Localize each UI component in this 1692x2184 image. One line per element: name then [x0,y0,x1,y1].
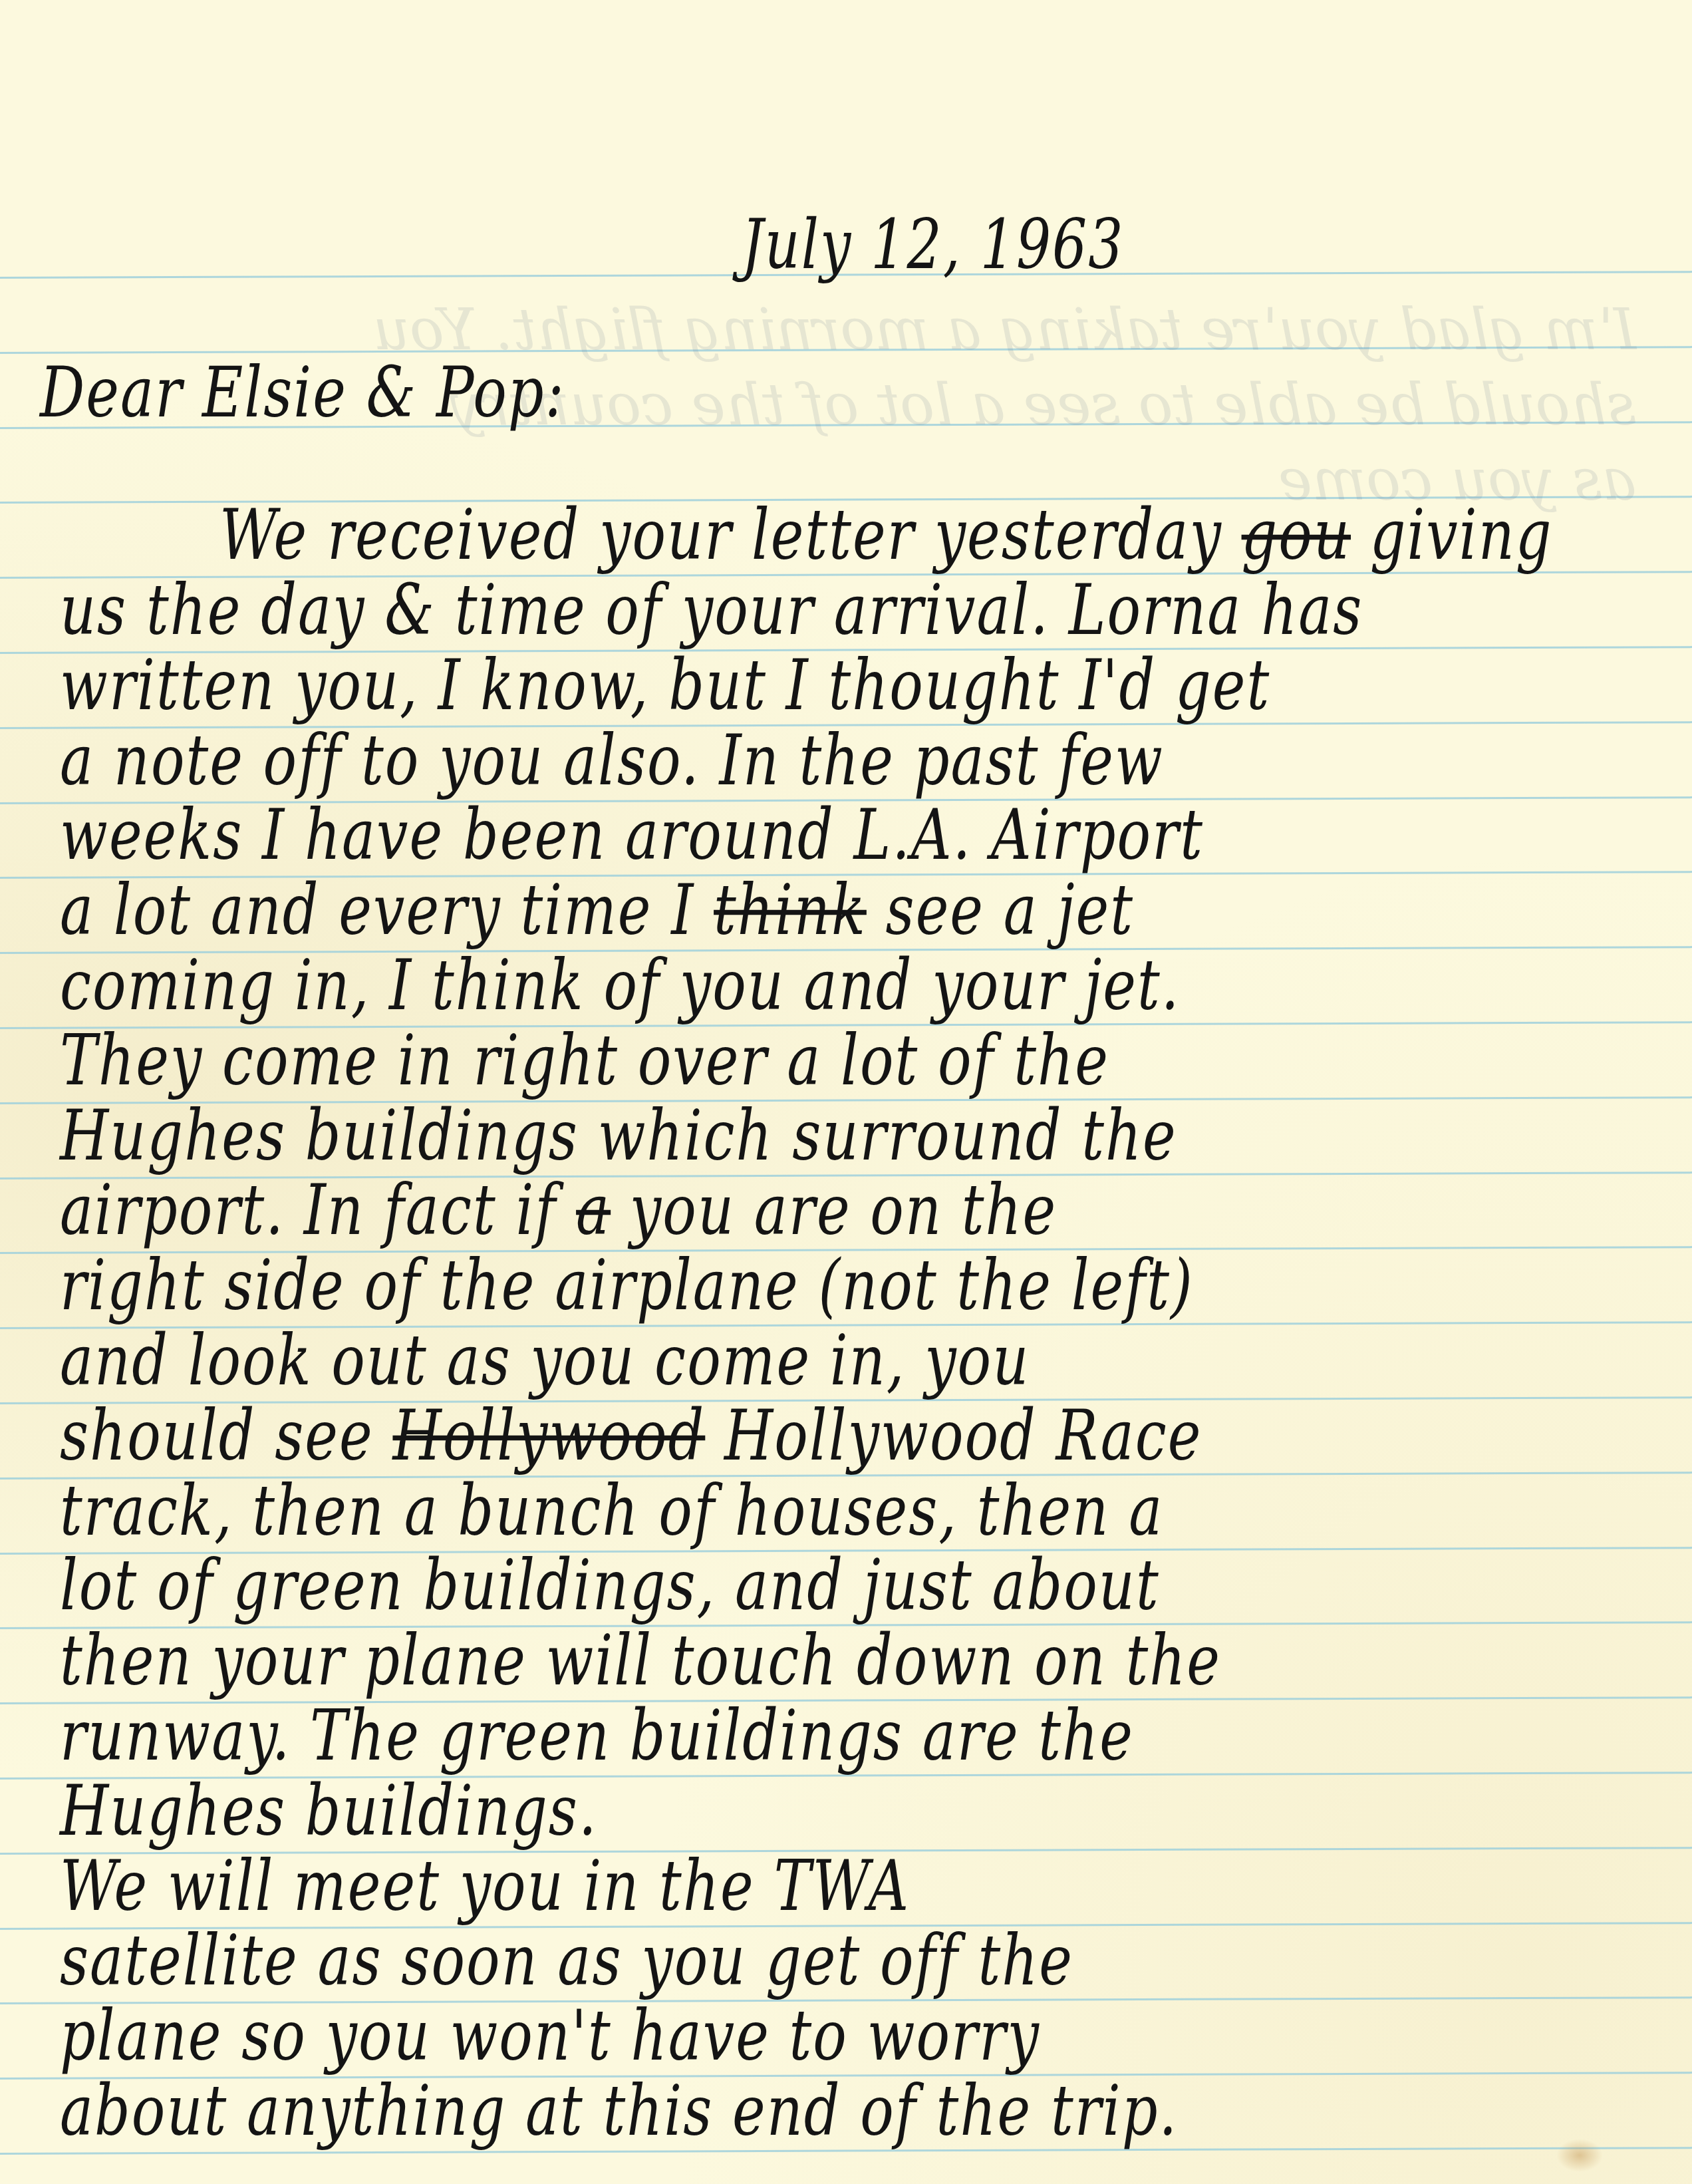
letter-line: Hughes buildings which surround the [60,1094,1177,1176]
line-text: track, then a bunch of houses, then a [60,1470,1163,1551]
line-text: Hughes buildings. [60,1770,598,1851]
letter-date: July 12, 1963 [742,206,1124,285]
line-text: runway. The green buildings are the [60,1695,1134,1777]
letter-line: a note off to you also. In the past few [60,719,1164,801]
letter-line: Hughes buildings. [60,1770,598,1851]
line-text: and look out as you come in, you [60,1320,1030,1402]
line-text: a lot and every time I [60,869,714,951]
line-text: coming in, I think of you and your jet. [60,945,1180,1026]
letter-line: should see Hollywood Hollywood Race [60,1394,1202,1476]
letter-line: We will meet you in the TWA [60,1845,910,1927]
line-text: about anything at this end of the trip. [60,2070,1178,2152]
line-text: satellite as soon as you get off the [60,1920,1073,2002]
line-text: We will meet you in the TWA [60,1845,910,1927]
line-text: weeks I have been around L.A. Airport [60,794,1204,876]
line-text: written you, I know, but I thought I'd g… [60,644,1270,726]
letter-line: runway. The green buildings are the [60,1695,1134,1777]
struck-word: gou [1242,494,1351,576]
letter-line: They come in right over a lot of the [60,1019,1109,1101]
line-text: giving [1351,494,1553,576]
letter-page: I'm glad you're taking a morning flight.… [0,0,1692,2184]
line-text: us the day & time of your arrival. Lorna… [60,569,1363,651]
line-text: then your plane will touch down on the [60,1620,1221,1702]
line-text: a note off to you also. In the past few [60,719,1164,801]
line-text: right side of the airplane (not the left… [60,1245,1194,1326]
line-text: Hughes buildings which surround the [60,1094,1177,1176]
struck-word: a [576,1170,611,1251]
line-text: you are on the [611,1170,1057,1251]
letter-line: lot of green buildings, and just about [60,1545,1160,1627]
line-text: We received your letter yesterday [219,494,1242,576]
letter-line: satellite as soon as you get off the [60,1920,1073,2002]
letter-line: a lot and every time I think see a jet [60,869,1134,951]
letter-line: written you, I know, but I thought I'd g… [60,644,1270,726]
line-text: see a jet [867,869,1134,951]
letter-line: us the day & time of your arrival. Lorna… [60,569,1363,651]
line-text: plane so you won't have to worry [60,1995,1040,2077]
letter-line: coming in, I think of you and your jet. [60,945,1180,1026]
letter-line: track, then a bunch of houses, then a [60,1470,1163,1551]
line-text: lot of green buildings, and just about [60,1545,1160,1627]
line-text: should see [60,1394,392,1476]
line-text: They come in right over a lot of the [60,1019,1109,1101]
struck-word: think [714,869,867,951]
line-text: Hollywood Race [705,1394,1202,1476]
struck-word: Hollywood [392,1394,705,1476]
letter-line: then your plane will touch down on the [60,1620,1221,1702]
letter-line: plane so you won't have to worry [60,1995,1040,2077]
letter-line: airport. In fact if a you are on the [60,1170,1057,1251]
letter-line: We received your letter yesterday gou gi… [219,494,1553,576]
letter-line: weeks I have been around L.A. Airport [60,794,1204,876]
letter-line: right side of the airplane (not the left… [60,1245,1194,1326]
letter-greeting: Dear Elsie & Pop: [40,352,565,434]
line-text: airport. In fact if [60,1170,576,1251]
letter-line: about anything at this end of the trip. [60,2070,1178,2152]
letter-line: and look out as you come in, you [60,1320,1030,1402]
ink-stain [1556,2139,1603,2172]
